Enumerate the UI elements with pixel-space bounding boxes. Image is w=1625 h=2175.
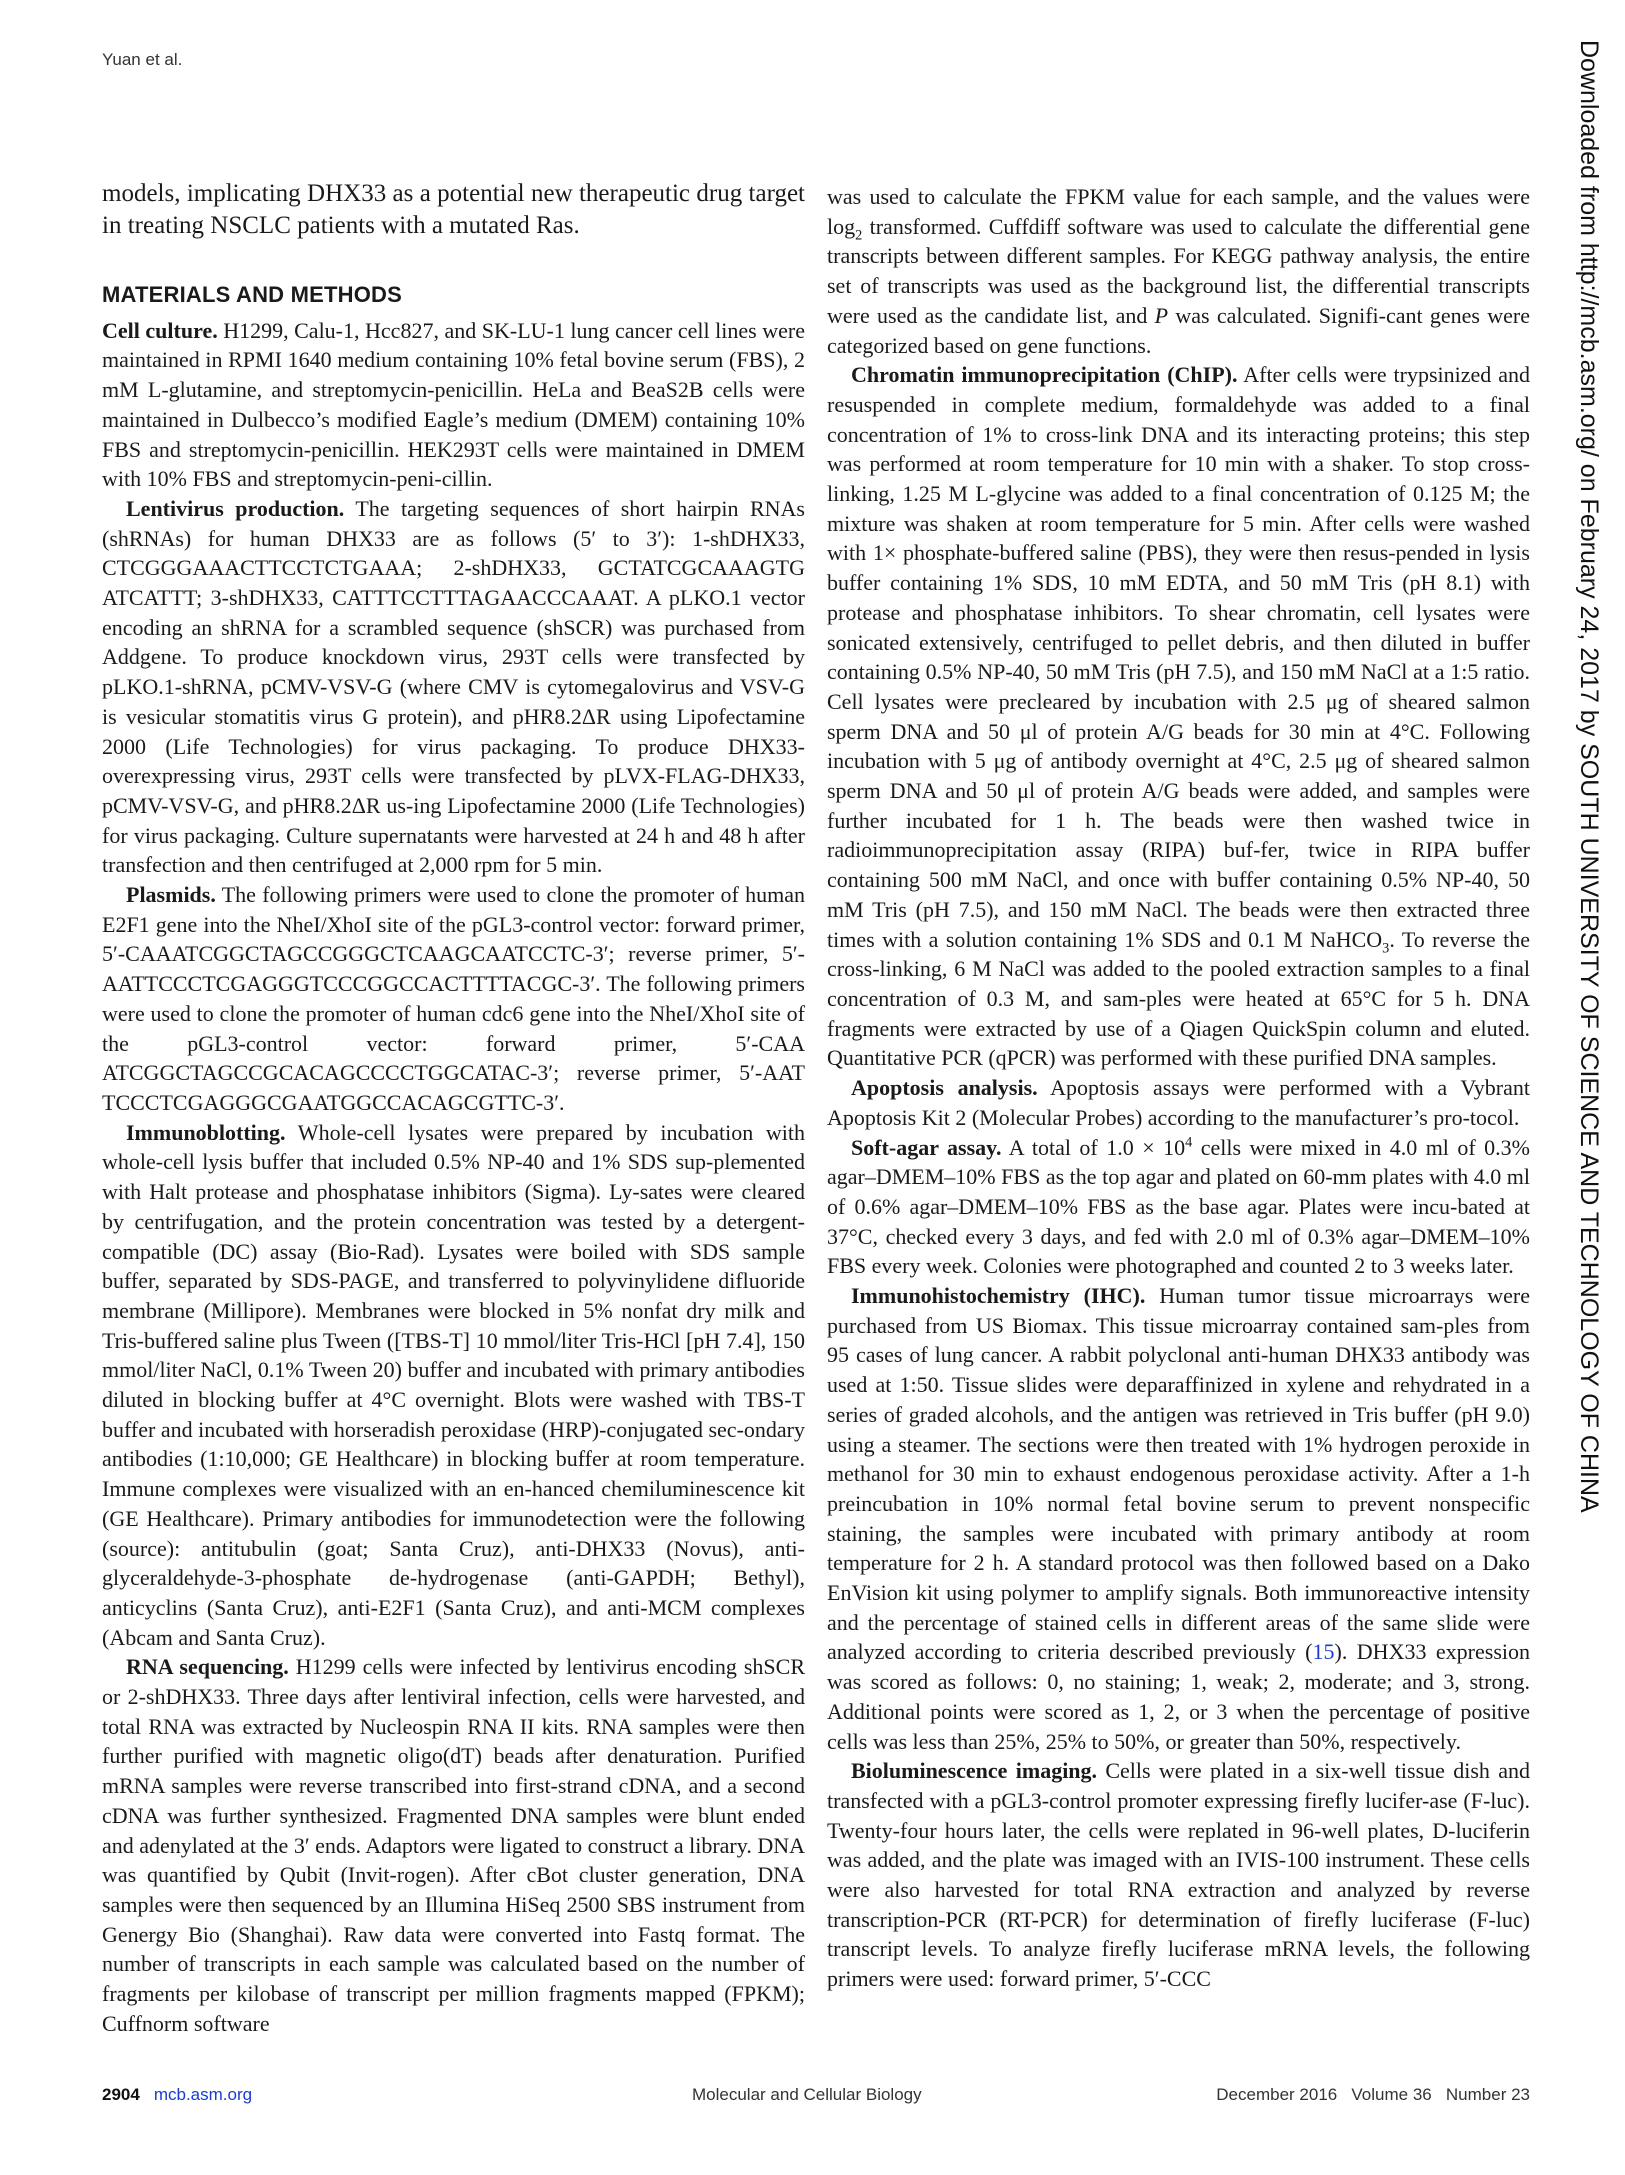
page-footer: 2904mcb.asm.org Molecular and Cellular B… [102,2085,1530,2105]
body-text: The targeting sequences of short hairpin… [102,496,805,877]
journal-url-link[interactable]: mcb.asm.org [154,2085,252,2104]
paragraph-rna-sequencing: RNA sequencing. H1299 cells were infecte… [102,1652,805,2038]
subheading-lentivirus: Lentivirus production. [126,496,344,521]
subheading-immunoblotting: Immunoblotting. [126,1120,286,1145]
running-head: Yuan et al. [102,50,182,70]
left-column: models, implicating DHX33 as a potential… [102,178,805,2038]
body-text: H1299, Calu-1, Hcc827, and SK-LU-1 lung … [102,318,805,492]
paragraph-cell-culture: Cell culture. H1299, Calu-1, Hcc827, and… [102,316,805,494]
subheading-ihc: Immunohistochemistry (IHC). [851,1283,1145,1308]
issue-info: December 2016 Volume 36 Number 23 [1216,2085,1530,2105]
body-text: H1299 cells were infected by lentivirus … [102,1654,805,2035]
body-text: A total of 1.0 × 10 [1001,1135,1185,1160]
body-text: Human tumor tissue microarrays were purc… [827,1283,1530,1664]
paragraph-ihc: Immunohistochemistry (IHC). Human tumor … [827,1281,1530,1756]
italic-p: P [1155,303,1168,328]
section-heading-materials-methods: MATERIALS AND METHODS [102,280,805,310]
subheading-bioluminescence: Bioluminescence imaging. [851,1758,1097,1783]
subheading-apoptosis: Apoptosis analysis. [851,1075,1038,1100]
paragraph-chip: Chromatin immunoprecipitation (ChIP). Af… [827,360,1530,1073]
body-text: Cells were plated in a six-well tissue d… [827,1758,1530,1991]
body-text: The following primers were used to clone… [102,882,805,1115]
paragraph-bioluminescence: Bioluminescence imaging. Cells were plat… [827,1756,1530,1994]
journal-name: Molecular and Cellular Biology [692,2085,922,2105]
subheading-cell-culture: Cell culture. [102,318,218,343]
right-column: was used to calculate the FPKM value for… [827,182,1530,1994]
paragraph-immunoblotting: Immunoblotting. Whole-cell lysates were … [102,1118,805,1653]
body-text: Whole-cell lysates were prepared by incu… [102,1120,805,1650]
body-text: After cells were trypsinized and resuspe… [827,362,1530,951]
reference-link-15[interactable]: 15 [1313,1639,1335,1664]
paragraph-apoptosis: Apoptosis analysis. Apoptosis assays wer… [827,1073,1530,1132]
paragraph-plasmids: Plasmids. The following primers were use… [102,880,805,1118]
lead-paragraph: models, implicating DHX33 as a potential… [102,178,805,242]
paragraph-lentivirus: Lentivirus production. The targeting seq… [102,494,805,880]
subheading-plasmids: Plasmids. [126,882,216,907]
page-number: 2904 [102,2085,140,2104]
subheading-rna-sequencing: RNA sequencing. [126,1654,289,1679]
paragraph-soft-agar: Soft-agar assay. A total of 1.0 × 104 ce… [827,1133,1530,1282]
subheading-soft-agar: Soft-agar assay. [851,1135,1001,1160]
subheading-chip: Chromatin immunoprecipitation (ChIP). [851,362,1238,387]
download-watermark: Downloaded from http://mcb.asm.org/ on F… [1574,40,1603,1513]
paragraph-rna-sequencing-continued: was used to calculate the FPKM value for… [827,182,1530,360]
